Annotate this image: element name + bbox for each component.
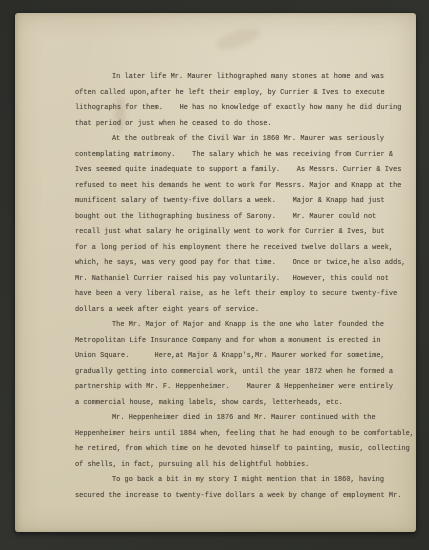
text-line-10: bought out the lithographing business of… [75,210,413,226]
text-line-3: lithographs for them. He has no knowledg… [75,101,413,117]
text-line-12: for a long period of his employment ther… [75,241,413,257]
text-line-23: Mr. Heppenheimer died in 1876 and Mr. Ma… [75,411,413,427]
text-line-8: refused to meet his demands he went to w… [75,179,413,195]
text-line-14: Mr. Nathaniel Currier raised his pay vol… [75,272,413,288]
text-line-27: To go back a bit in my story I might men… [75,473,413,489]
text-line-13: which, he says, was very good pay for th… [75,256,413,272]
text-line-22: a commercial house, making labels, show … [75,396,413,412]
text-line-4: that period or just when he ceased to do… [75,117,413,133]
text-line-21: partnership with Mr. F. Heppenheimer. Ma… [75,380,413,396]
text-line-16: dollars a week after eight years of serv… [75,303,413,319]
text-line-28: secured the increase to twenty-five doll… [75,489,413,505]
typewritten-page: In later life Mr. Maurer lithographed ma… [15,13,416,532]
text-line-6: contemplating matrimony. The salary whic… [75,148,413,164]
text-line-19: Union Square. Here,at Major & Knapp's,Mr… [75,349,413,365]
text-line-7: Ives seemed quite inadequate to support … [75,163,413,179]
text-line-9: munificent salary of twenty-five dollars… [75,194,413,210]
text-line-2: often called upon,after he left their em… [75,86,413,102]
text-line-25: he retired, from which time on he devote… [75,442,413,458]
text-line-24: Heppenheimer heirs until 1884 when, feel… [75,427,413,443]
text-line-5: At the outbreak of the Civil War in 1860… [75,132,413,148]
paper-smudge [214,24,263,53]
text-line-11: recall just what salary he originally we… [75,225,413,241]
text-line-18: Metropolitan Life Insurance Company and … [75,334,413,350]
text-line-20: gradually getting into commercial work, … [75,365,413,381]
text-line-15: have been a very liberal raise, as he le… [75,287,413,303]
typewritten-text-block: In later life Mr. Maurer lithographed ma… [75,70,413,504]
text-line-17: The Mr. Major of Major and Knapp is the … [75,318,413,334]
text-line-1: In later life Mr. Maurer lithographed ma… [75,70,413,86]
text-line-26: of shells, in fact, pursuing all his del… [75,458,413,474]
